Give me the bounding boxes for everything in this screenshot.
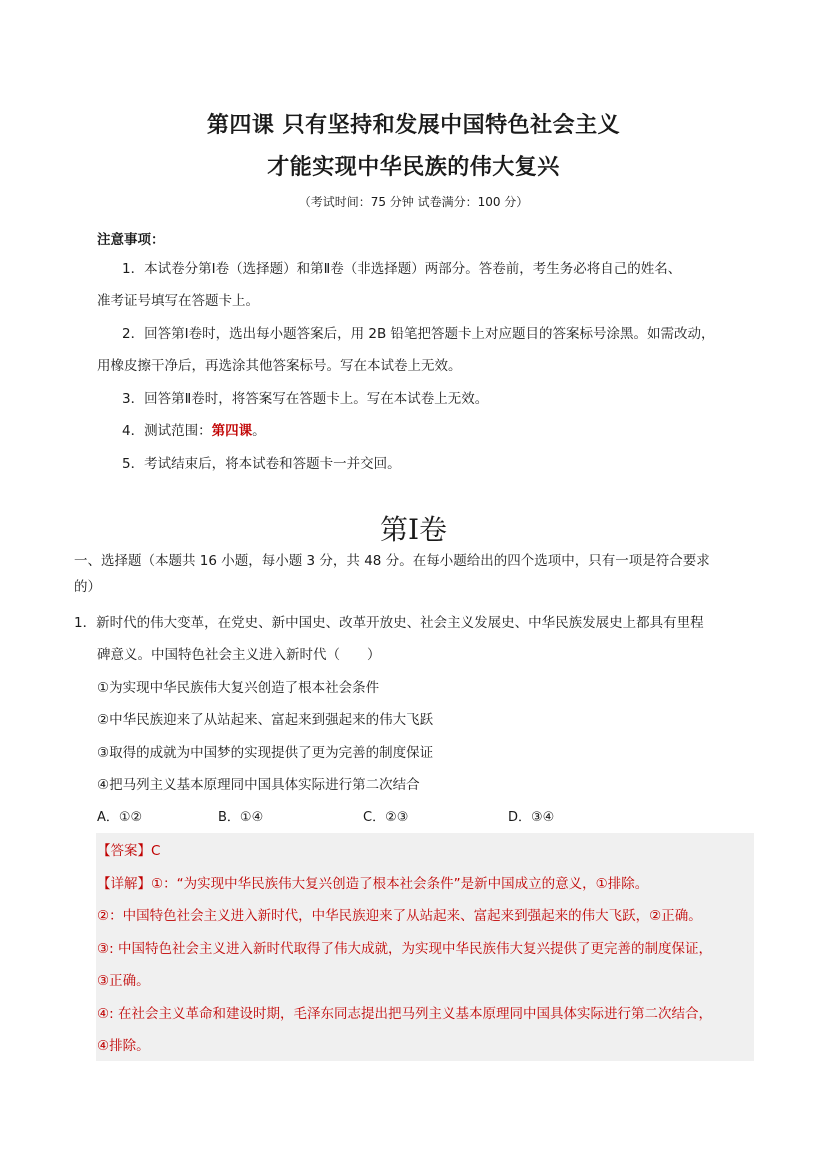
test-scope: 第四课: [212, 423, 253, 439]
option-d: D．③④: [508, 808, 554, 828]
notice-item-2a: 2．回答第Ⅰ卷时，选出每小题答案后，用 2B 铅笔把答题卡上对应题目的答案标号涂…: [122, 324, 715, 344]
notice-item-4-suffix: 。: [252, 423, 266, 439]
statement-4: ④把马列主义基本原理同中国具体实际进行第二次结合: [97, 775, 420, 795]
section-instructions-line1: 一、选择题（本题共 16 小题，每小题 3 分，共 48 分。在每小题给出的四个…: [74, 551, 710, 571]
notice-item-1a: 1．本试卷分第Ⅰ卷（选择题）和第Ⅱ卷（非选择题）两部分。答卷前，考生务必将自己的…: [122, 259, 681, 279]
question-1-stem-line2: 碑意义。中国特色社会主义进入新时代（ ）: [97, 645, 381, 665]
exam-info: （考试时间：75 分钟 试卷满分：100 分）: [0, 193, 827, 210]
answer-label: 【答案】C: [97, 841, 160, 861]
volume-title: 第Ⅰ卷: [0, 508, 827, 548]
explanation-line-5: ④: 在社会主义革命和建设时期，毛泽东同志提出把马列主义基本原理同中国具体实际进…: [97, 1004, 712, 1024]
notice-item-4: 4．测试范围：第四课。: [122, 421, 266, 441]
explanation-line-2: ②：中国特色社会主义进入新时代，中华民族迎来了从站起来、富起来到强起来的伟大飞跃…: [97, 906, 702, 926]
notice-heading: 注意事项：: [97, 228, 165, 248]
explanation-line-1: 【详解】①：“为实现中华民族伟大复兴创造了根本社会条件”是新中国成立的意义，①排…: [97, 874, 648, 894]
question-1-stem-line1: 1．新时代的伟大变革，在党史、新中国史、改革开放史、社会主义发展史、中华民族发展…: [74, 613, 704, 633]
page-title-line2: 才能实现中华民族的伟大复兴: [0, 150, 827, 181]
explanation-line-4: ③正确。: [97, 971, 150, 991]
notice-item-1b: 准考证号填写在答题卡上。: [97, 291, 259, 311]
notice-item-4-prefix: 4．测试范围：: [122, 423, 212, 439]
explanation-line-3: ③: 中国特色社会主义进入新时代取得了伟大成就，为实现中华民族伟大复兴提供了更完…: [97, 939, 712, 959]
notice-item-3: 3．回答第Ⅱ卷时，将答案写在答题卡上。写在本试卷上无效。: [122, 389, 488, 409]
notice-item-5: 5．考试结束后，将本试卷和答题卡一并交回。: [122, 454, 401, 474]
option-a: A．①②: [97, 808, 142, 828]
page-title-line1: 第四课 只有坚持和发展中国特色社会主义: [0, 108, 827, 139]
statement-3: ③取得的成就为中国梦的实现提供了更为完善的制度保证: [97, 743, 433, 763]
section-instructions-line2: 的）: [74, 577, 101, 597]
explanation-line-6: ④排除。: [97, 1036, 150, 1056]
option-b: B．①④: [218, 808, 263, 828]
statement-2: ②中华民族迎来了从站起来、富起来到强起来的伟大飞跃: [97, 710, 433, 730]
notice-item-2b: 用橡皮擦干净后，再选涂其他答案标号。写在本试卷上无效。: [97, 356, 462, 376]
option-c: C．②③: [363, 808, 408, 828]
statement-1: ①为实现中华民族伟大复兴创造了根本社会条件: [97, 678, 379, 698]
